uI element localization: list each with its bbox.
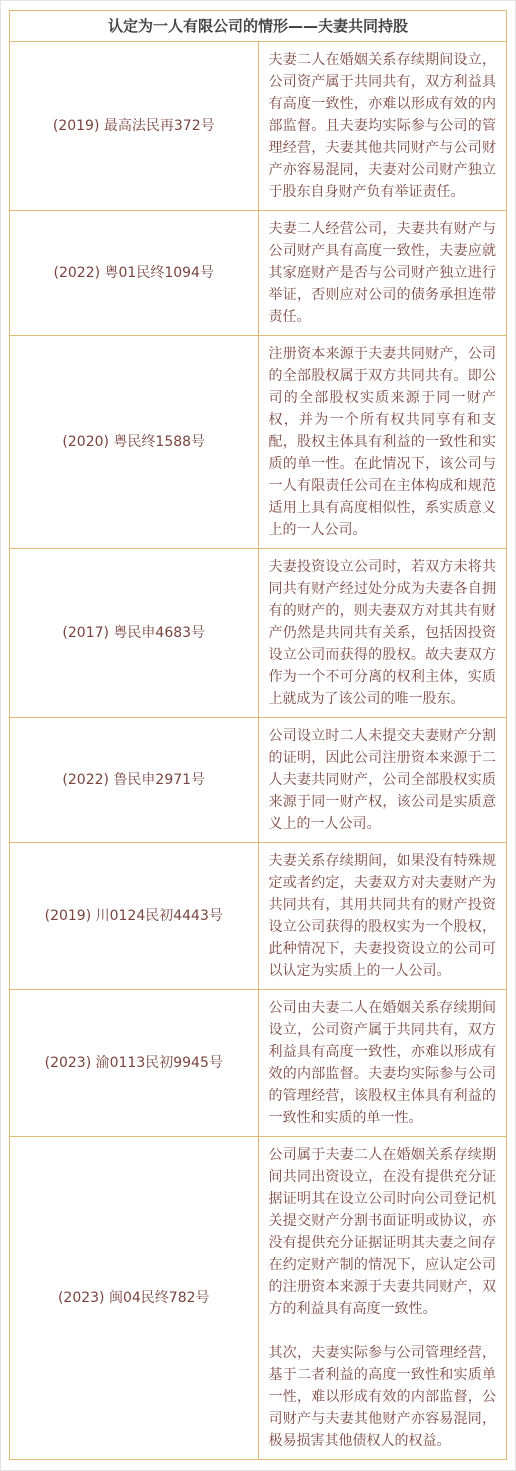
- case-holding: 夫妻二人经营公司，夫妻共有财产与公司财产具有高度一致性，夫妻应就其家庭财产是否与…: [258, 211, 507, 336]
- table-title: 认定为一人有限公司的情形——夫妻共同持股: [10, 11, 507, 42]
- case-number: (2017) 粤民申4683号: [10, 549, 259, 718]
- case-number: (2022) 鲁民申2971号: [10, 718, 259, 843]
- case-holding: 公司属于夫妻二人在婚姻关系存续期间共同出资设立，在没有提供充分证据证明其在设立公…: [258, 1137, 507, 1460]
- table-header-row: 认定为一人有限公司的情形——夫妻共同持股: [10, 11, 507, 42]
- case-holding: 注册资本来源于夫妻共同财产，公司的全部股权属于双方共同共有。即公司的全部股权实质…: [258, 336, 507, 549]
- case-holding-text: 夫妻二人经营公司，夫妻共有财产与公司财产具有高度一致性，夫妻应就其家庭财产是否与…: [269, 218, 497, 328]
- case-holding-text: 公司设立时二人未提交夫妻财产分割的证明，因此公司注册资本来源于二人夫妻共同财产，…: [269, 725, 497, 835]
- case-holding: 夫妻二人在婚姻关系存续期间设立，公司资产属于共同共有，双方利益具有高度一致性，亦…: [258, 42, 507, 211]
- table-row: (2017) 粤民申4683号 夫妻投资设立公司时，若双方未将共同共有财产经过处…: [10, 549, 507, 718]
- case-holding: 夫妻关系存续期间，如果没有特殊规定或者约定，夫妻双方对夫妻财产为共同共有，其用共…: [258, 843, 507, 990]
- case-holding-text: 夫妻投资设立公司时，若双方未将共同共有财产经过处分成为夫妻各自拥有的财产的，则夫…: [269, 556, 497, 710]
- case-holding-text-2: 其次，夫妻实际参与公司管理经营，基于二者利益的高度一致性和实质单一性，难以形成有…: [269, 1342, 497, 1452]
- case-holding-text: 注册资本来源于夫妻共同财产，公司的全部股权属于双方共同共有。即公司的全部股权实质…: [269, 343, 497, 541]
- case-number: (2019) 川0124民初4443号: [10, 843, 259, 990]
- case-number: (2019) 最高法民再372号: [10, 42, 259, 211]
- table-row: (2023) 闽04民终782号 公司属于夫妻二人在婚姻关系存续期间共同出资设立…: [10, 1137, 507, 1460]
- case-summary-table: 认定为一人有限公司的情形——夫妻共同持股 (2019) 最高法民再372号 夫妻…: [9, 10, 507, 1460]
- case-holding: 夫妻投资设立公司时，若双方未将共同共有财产经过处分成为夫妻各自拥有的财产的，则夫…: [258, 549, 507, 718]
- case-holding-text: 夫妻二人在婚姻关系存续期间设立，公司资产属于共同共有，双方利益具有高度一致性，亦…: [269, 49, 497, 203]
- table-row: (2023) 渝0113民初9945号 公司由夫妻二人在婚姻关系存续期间设立，公…: [10, 990, 507, 1137]
- table-row: (2022) 鲁民申2971号 公司设立时二人未提交夫妻财产分割的证明，因此公司…: [10, 718, 507, 843]
- case-holding-text: 公司由夫妻二人在婚姻关系存续期间设立，公司资产属于共同共有，双方利益具有高度一致…: [269, 997, 497, 1129]
- case-number: (2022) 粤01民终1094号: [10, 211, 259, 336]
- table-row: (2022) 粤01民终1094号 夫妻二人经营公司，夫妻共有财产与公司财产具有…: [10, 211, 507, 336]
- case-number: (2023) 渝0113民初9945号: [10, 990, 259, 1137]
- table-row: (2019) 最高法民再372号 夫妻二人在婚姻关系存续期间设立，公司资产属于共…: [10, 42, 507, 211]
- case-holding-text: 公司属于夫妻二人在婚姻关系存续期间共同出资设立，在没有提供充分证据证明其在设立公…: [269, 1144, 497, 1320]
- table-row: (2020) 粤民终1588号 注册资本来源于夫妻共同财产，公司的全部股权属于双…: [10, 336, 507, 549]
- table-row: (2019) 川0124民初4443号 夫妻关系存续期间，如果没有特殊规定或者约…: [10, 843, 507, 990]
- case-number: (2020) 粤民终1588号: [10, 336, 259, 549]
- case-holding-text: 夫妻关系存续期间，如果没有特殊规定或者约定，夫妻双方对夫妻财产为共同共有，其用共…: [269, 850, 497, 982]
- case-holding: 公司由夫妻二人在婚姻关系存续期间设立，公司资产属于共同共有，双方利益具有高度一致…: [258, 990, 507, 1137]
- case-number: (2023) 闽04民终782号: [10, 1137, 259, 1460]
- page: 认定为一人有限公司的情形——夫妻共同持股 (2019) 最高法民再372号 夫妻…: [0, 0, 516, 1471]
- case-holding: 公司设立时二人未提交夫妻财产分割的证明，因此公司注册资本来源于二人夫妻共同财产，…: [258, 718, 507, 843]
